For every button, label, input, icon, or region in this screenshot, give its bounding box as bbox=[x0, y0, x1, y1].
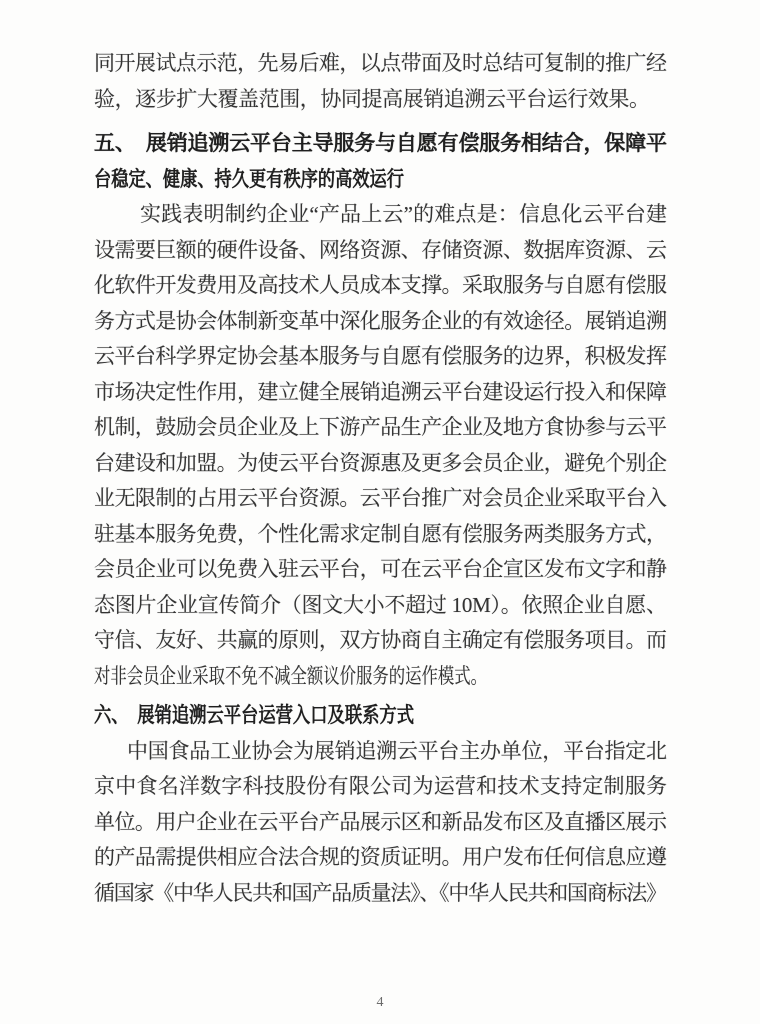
text-line: 中国食品工业协会为展销追溯云平台主办单位，平台指定北 bbox=[94, 734, 667, 770]
paragraph: 同开展试点示范，先易后难，以点带面及时总结可复制的推广经验，逐步扩大覆盖范围，协… bbox=[94, 46, 667, 117]
text-line: 单位。用户企业在云平台产品展示区和新品发布区及直播区展示 bbox=[94, 805, 667, 841]
text-line: 务方式是协会体制新变革中深化服务企业的有效途径。展销追溯 bbox=[94, 304, 667, 340]
text-line: 会员企业可以免费入驻云平台，可在云平台企宣区发布文字和静 bbox=[94, 552, 667, 588]
heading-line: 五、 展销追溯云平台主导服务与自愿有偿服务相结合，保障平 bbox=[94, 126, 667, 162]
text-line: 化软件开发费用及高技术人员成本支撑。采取服务与自愿有偿服 bbox=[94, 268, 667, 304]
page-number: 4 bbox=[0, 995, 760, 1011]
text-line: 京中食名洋数字科技股份有限公司为运营和技术支持定制服务 bbox=[94, 769, 667, 805]
document-page: 同开展试点示范，先易后难，以点带面及时总结可复制的推广经验，逐步扩大覆盖范围，协… bbox=[0, 0, 760, 1024]
text-line: 循国家《中华人民共和国产品质量法》、《中华人民共和国商标法》 bbox=[94, 876, 667, 912]
heading-line: 台稳定、健康、持久更有秩序的高效运行 bbox=[94, 162, 667, 198]
heading-line: 六、 展销追溯云平台运营入口及联系方式 bbox=[94, 698, 667, 734]
text-line: 同开展试点示范，先易后难，以点带面及时总结可复制的推广经 bbox=[94, 46, 667, 82]
text-line: 设需要巨额的硬件设备、网络资源、存储资源、数据库资源、云 bbox=[94, 233, 667, 269]
text-line: 守信、友好、共赢的原则，双方协商自主确定有偿服务项目。而 bbox=[94, 623, 667, 659]
text-line: 台建设和加盟。为使云平台资源惠及更多会员企业，避免个别企 bbox=[94, 446, 667, 482]
section-heading: 五、 展销追溯云平台主导服务与自愿有偿服务相结合，保障平台稳定、健康、持久更有秩… bbox=[94, 126, 667, 197]
text-line: 市场决定性作用，建立健全展销追溯云平台建设运行投入和保障 bbox=[94, 375, 667, 411]
text-line: 对非会员企业采取不免不减全额议价服务的运作模式。 bbox=[94, 659, 667, 695]
text-line: 态图片企业宣传简介（图文大小不超过 10M）。依照企业自愿、 bbox=[94, 588, 667, 624]
text-line: 云平台科学界定协会基本服务与自愿有偿服务的边界，积极发挥 bbox=[94, 339, 667, 375]
paragraph: 实践表明制约企业“产品上云”的难点是：信息化云平台建设需要巨额的硬件设备、网络资… bbox=[94, 197, 667, 694]
text-line: 验，逐步扩大覆盖范围，协同提高展销追溯云平台运行效果。 bbox=[94, 82, 667, 118]
text-line: 业无限制的占用云平台资源。云平台推广对会员企业采取平台入 bbox=[94, 481, 667, 517]
section-heading: 六、 展销追溯云平台运营入口及联系方式 bbox=[94, 698, 667, 734]
text-line: 的产品需提供相应合法合规的资质证明。用户发布任何信息应遵 bbox=[94, 840, 667, 876]
text-content: 同开展试点示范，先易后难，以点带面及时总结可复制的推广经验，逐步扩大覆盖范围，协… bbox=[94, 46, 667, 911]
paragraph: 中国食品工业协会为展销追溯云平台主办单位，平台指定北京中食名洋数字科技股份有限公… bbox=[94, 734, 667, 912]
text-line: 驻基本服务免费，个性化需求定制自愿有偿服务两类服务方式， bbox=[94, 517, 667, 553]
text-line: 机制，鼓励会员企业及上下游产品生产企业及地方食协参与云平 bbox=[94, 410, 667, 446]
text-line: 实践表明制约企业“产品上云”的难点是：信息化云平台建 bbox=[94, 197, 667, 233]
